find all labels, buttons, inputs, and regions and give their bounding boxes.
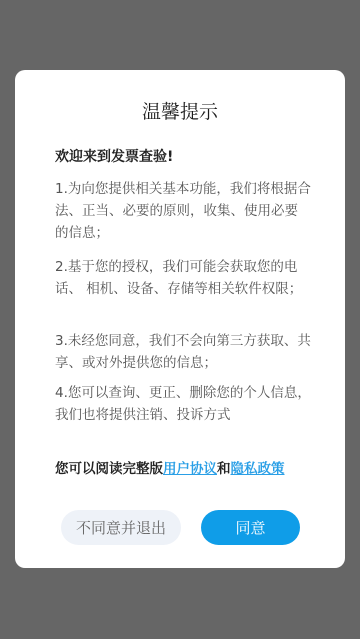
- read-prefix: 您可以阅读完整版: [55, 461, 163, 477]
- user-agreement-link[interactable]: 用户协议: [163, 461, 217, 477]
- dialog-title: 温馨提示: [15, 97, 345, 124]
- paragraph-4: 4.您可以查询、更正、删除您的个人信息， 我们也将提供注销、投诉方式: [55, 382, 311, 426]
- paragraph-2: 2.基于您的授权，我们可能会获取您的电话、 相机、设备、存储等相关软件权限；: [55, 256, 311, 300]
- read-full-line: 您可以阅读完整版用户协议和隐私政策: [55, 457, 285, 477]
- privacy-dialog: 温馨提示 欢迎来到发票查验! 1.为向您提供相关基本功能，我们将根据合法、正当、…: [15, 70, 345, 568]
- decline-exit-button[interactable]: 不同意并退出: [61, 510, 181, 545]
- paragraph-1: 1.为向您提供相关基本功能，我们将根据合法、正当、必要的原则，收集、使用必要的信…: [55, 178, 311, 244]
- and-text: 和: [217, 461, 231, 477]
- welcome-text: 欢迎来到发票查验!: [55, 146, 173, 166]
- paragraph-3: 3.未经您同意，我们不会向第三方获取、共 享、或对外提供您的信息；: [55, 330, 311, 374]
- privacy-policy-link[interactable]: 隐私政策: [231, 461, 285, 477]
- agree-button[interactable]: 同意: [201, 510, 300, 545]
